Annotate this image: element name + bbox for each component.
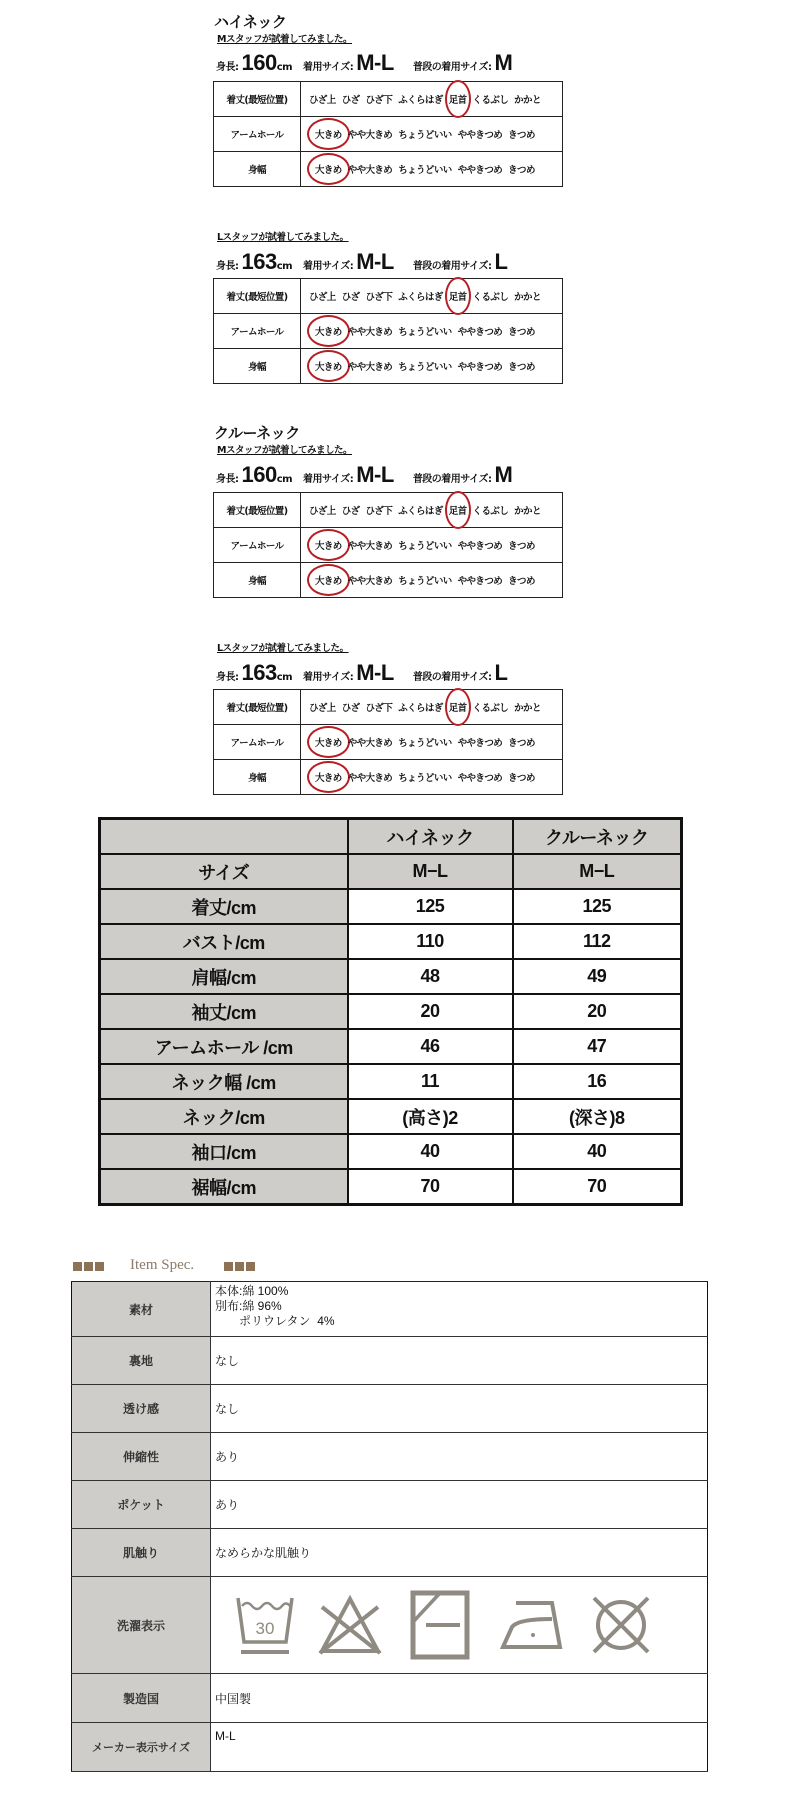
cell: 110: [348, 924, 513, 959]
fit-row-width: 身幅 大きめやや大きめちょうどいいややきつめきつめ: [214, 563, 563, 598]
material-line: 別布:綿 96%: [215, 1299, 707, 1314]
worn-size-value: M-L: [356, 50, 394, 75]
option: くるぶし: [473, 503, 509, 517]
wash-30-icon: 30: [235, 1590, 295, 1660]
worn-size-label: 着用サイズ:: [303, 474, 353, 485]
option: ひざ: [342, 700, 360, 714]
option: やや大きめ: [348, 770, 393, 784]
cell: 112: [513, 924, 682, 959]
spec-row-maker-size: メーカー表示サイズ M-L: [72, 1723, 708, 1772]
decor-squares-left: [73, 1256, 106, 1275]
table-row: 肩幅/cm 48 49: [100, 959, 682, 994]
option-selected: 大きめ: [315, 359, 342, 373]
option-selected: 大きめ: [315, 162, 342, 176]
option: かかと: [514, 92, 541, 106]
cell: 20: [513, 994, 682, 1029]
option: やや大きめ: [348, 162, 393, 176]
staff-subtitle: Lスタッフが試着してみました。: [217, 229, 377, 243]
table-row: 着丈/cm 125 125: [100, 889, 682, 924]
row-label: 袖口/cm: [100, 1134, 348, 1169]
table-row: 袖口/cm 40 40: [100, 1134, 682, 1169]
cell: M−L: [348, 854, 513, 889]
spec-value: 本体:綿 100% 別布:綿 96% ポリウレタン 4%: [211, 1282, 708, 1337]
fit-row-width: 身幅 大きめやや大きめちょうどいいややきつめきつめ: [214, 760, 563, 795]
row-label: 袖丈/cm: [100, 994, 348, 1029]
spec-label: メーカー表示サイズ: [72, 1723, 211, 1772]
no-bleach-icon: [318, 1593, 382, 1657]
cell: 40: [513, 1134, 682, 1169]
worn-size-value: M-L: [356, 462, 394, 487]
option: やや大きめ: [348, 359, 393, 373]
option: ひざ下: [366, 700, 393, 714]
height-value: 163: [241, 249, 276, 274]
fit-options: ひざ上ひざひざ下ふくらはぎ足首くるぶしかかと: [301, 279, 563, 314]
fit-row-label: 身幅: [214, 760, 301, 795]
fit-table: 着丈(最短位置) ひざ上ひざひざ下ふくらはぎ足首くるぶしかかと アームホール 大…: [213, 492, 563, 598]
option: きつめ: [508, 127, 535, 141]
option: ややきつめ: [458, 324, 503, 338]
spec-row-origin: 製造国 中国製: [72, 1674, 708, 1723]
staff-subtitle: Lスタッフが試着してみました。: [217, 640, 377, 654]
option: やや大きめ: [348, 573, 393, 587]
cell: 48: [348, 959, 513, 994]
fit-row-label: 着丈(最短位置): [214, 493, 301, 528]
height-unit: cm: [277, 672, 292, 683]
height-label: 身長:: [216, 474, 239, 485]
option: ひざ下: [366, 503, 393, 517]
header-highneck: ハイネック: [348, 819, 513, 855]
fit-row-armhole: アームホール 大きめやや大きめちょうどいいややきつめきつめ: [214, 314, 563, 349]
cell: 11: [348, 1064, 513, 1099]
spec-value: なし: [211, 1385, 708, 1433]
usual-size-value: L: [495, 660, 508, 685]
spec-label: 素材: [72, 1282, 211, 1337]
spec-row-texture: 肌触り なめらかな肌触り: [72, 1529, 708, 1577]
option: くるぶし: [473, 289, 509, 303]
fit-row-width: 身幅 大きめやや大きめちょうどいいややきつめきつめ: [214, 152, 563, 187]
option-selected: 大きめ: [315, 127, 342, 141]
option: ひざ: [342, 92, 360, 106]
table-row: 袖丈/cm 20 20: [100, 994, 682, 1029]
spec-row-stretch: 伸縮性 あり: [72, 1433, 708, 1481]
option: かかと: [514, 503, 541, 517]
option: きつめ: [508, 162, 535, 176]
fit-table: 着丈(最短位置) ひざ上ひざひざ下ふくらはぎ足首くるぶしかかと アームホール 大…: [213, 278, 563, 384]
fit-row-label: アームホール: [214, 725, 301, 760]
section-title: クルーネック: [214, 422, 300, 443]
option-selected: 足首: [449, 503, 467, 517]
usual-size-label: 普段の着用サイズ:: [413, 62, 492, 73]
fit-row-label: アームホール: [214, 528, 301, 563]
size-table: ハイネック クルーネック サイズ M−L M−L 着丈/cm 125 125 バ…: [98, 817, 683, 1206]
measure-line: 身長: 160cm 着用サイズ: M-L 普段の着用サイズ: M: [216, 462, 512, 488]
cell: (高さ)2: [348, 1099, 513, 1134]
worn-size-label: 着用サイズ:: [303, 672, 353, 683]
fit-options: 大きめやや大きめちょうどいいややきつめきつめ: [301, 117, 563, 152]
care-icon-row: 30: [211, 1577, 707, 1673]
option: ややきつめ: [458, 162, 503, 176]
height-label: 身長:: [216, 672, 239, 683]
option-selected: 大きめ: [315, 324, 342, 338]
usual-size-label: 普段の着用サイズ:: [413, 474, 492, 485]
option: ちょうどいい: [398, 735, 451, 749]
spec-value: あり: [211, 1433, 708, 1481]
usual-size-value: M: [495, 462, 513, 487]
option-selected: 足首: [449, 700, 467, 714]
measure-line: 身長: 163cm 着用サイズ: M-L 普段の着用サイズ: L: [216, 660, 507, 686]
worn-size-value: M-L: [356, 249, 394, 274]
cell: 46: [348, 1029, 513, 1064]
option: ひざ上: [309, 700, 336, 714]
cell: 125: [513, 889, 682, 924]
usual-size-label: 普段の着用サイズ:: [413, 261, 492, 272]
fit-row-label: 身幅: [214, 349, 301, 384]
table-row: アームホール /cm 46 47: [100, 1029, 682, 1064]
fit-row-label: 着丈(最短位置): [214, 279, 301, 314]
usual-size-value: L: [495, 249, 508, 274]
fit-row-armhole: アームホール 大きめやや大きめちょうどいいややきつめきつめ: [214, 117, 563, 152]
spec-value: 中国製: [211, 1674, 708, 1723]
option: ややきつめ: [458, 359, 503, 373]
worn-size-label: 着用サイズ:: [303, 62, 353, 73]
care-icons: 30: [211, 1577, 708, 1674]
cell: 125: [348, 889, 513, 924]
line-dry-shade-icon: [410, 1590, 470, 1660]
option: ややきつめ: [458, 770, 503, 784]
height-value: 160: [241, 50, 276, 75]
row-label: 裾幅/cm: [100, 1169, 348, 1205]
spec-label: ポケット: [72, 1481, 211, 1529]
option: やや大きめ: [348, 538, 393, 552]
option-selected: 大きめ: [315, 538, 342, 552]
option: くるぶし: [473, 700, 509, 714]
option: ちょうどいい: [398, 127, 451, 141]
material-line: 本体:綿 100%: [215, 1284, 707, 1299]
fit-options: 大きめやや大きめちょうどいいややきつめきつめ: [301, 528, 563, 563]
item-spec-header: Item Spec.: [73, 1258, 257, 1272]
size-row: サイズ M−L M−L: [100, 854, 682, 889]
material-line: ポリウレタン 4%: [215, 1314, 707, 1329]
fit-row-length: 着丈(最短位置) ひざ上ひざひざ下ふくらはぎ足首くるぶしかかと: [214, 82, 563, 117]
section-title: ハイネック: [214, 11, 286, 32]
option: やや大きめ: [348, 127, 393, 141]
option: きつめ: [508, 735, 535, 749]
header-corner: [100, 819, 348, 855]
option: ややきつめ: [458, 127, 503, 141]
spec-value: M-L: [211, 1723, 708, 1772]
fit-row-label: アームホール: [214, 117, 301, 152]
option: かかと: [514, 700, 541, 714]
option: ひざ上: [309, 92, 336, 106]
fit-row-length: 着丈(最短位置) ひざ上ひざひざ下ふくらはぎ足首くるぶしかかと: [214, 690, 563, 725]
spec-row-material: 素材 本体:綿 100% 別布:綿 96% ポリウレタン 4%: [72, 1282, 708, 1337]
height-unit: cm: [277, 261, 292, 272]
header-crewneck: クルーネック: [513, 819, 682, 855]
fit-row-label: アームホール: [214, 314, 301, 349]
option: ひざ上: [309, 289, 336, 303]
fit-row-length: 着丈(最短位置) ひざ上ひざひざ下ふくらはぎ足首くるぶしかかと: [214, 493, 563, 528]
table-row: バスト/cm 110 112: [100, 924, 682, 959]
fit-row-armhole: アームホール 大きめやや大きめちょうどいいややきつめきつめ: [214, 725, 563, 760]
option: ふくらはぎ: [398, 503, 443, 517]
cell: (深さ)8: [513, 1099, 682, 1134]
spec-label: 洗濯表示: [72, 1577, 211, 1674]
cell: 70: [348, 1169, 513, 1205]
fit-options: 大きめやや大きめちょうどいいややきつめきつめ: [301, 152, 563, 187]
fit-row-armhole: アームホール 大きめやや大きめちょうどいいややきつめきつめ: [214, 528, 563, 563]
height-label: 身長:: [216, 261, 239, 272]
staff-subtitle: Mスタッフが試着してみました。: [217, 31, 380, 45]
fit-row-label: 身幅: [214, 152, 301, 187]
height-value: 160: [241, 462, 276, 487]
spec-label: 裏地: [72, 1337, 211, 1385]
option: ひざ下: [366, 289, 393, 303]
cell: 70: [513, 1169, 682, 1205]
option: ちょうどいい: [398, 770, 451, 784]
spec-row-lining: 裏地 なし: [72, 1337, 708, 1385]
row-label: バスト/cm: [100, 924, 348, 959]
option: ややきつめ: [458, 538, 503, 552]
option: くるぶし: [473, 92, 509, 106]
option: きつめ: [508, 770, 535, 784]
option: きつめ: [508, 324, 535, 338]
cell: M−L: [513, 854, 682, 889]
row-label: ネック幅 /cm: [100, 1064, 348, 1099]
fit-row-label: 着丈(最短位置): [214, 690, 301, 725]
cell: 49: [513, 959, 682, 994]
spec-label: 製造国: [72, 1674, 211, 1723]
row-label: 着丈/cm: [100, 889, 348, 924]
staff-subtitle: Mスタッフが試着してみました。: [217, 442, 380, 456]
option: ちょうどいい: [398, 538, 451, 552]
spec-value: あり: [211, 1481, 708, 1529]
spec-value: なめらかな肌触り: [211, 1529, 708, 1577]
spec-row-sheerness: 透け感 なし: [72, 1385, 708, 1433]
option: ふくらはぎ: [398, 92, 443, 106]
fit-row-width: 身幅 大きめやや大きめちょうどいいややきつめきつめ: [214, 349, 563, 384]
option-selected: 大きめ: [315, 735, 342, 749]
fit-options: 大きめやや大きめちょうどいいややきつめきつめ: [301, 760, 563, 795]
cell: 20: [348, 994, 513, 1029]
fit-options: ひざ上ひざひざ下ふくらはぎ足首くるぶしかかと: [301, 690, 563, 725]
option: ひざ: [342, 503, 360, 517]
option: かかと: [514, 289, 541, 303]
cell: 40: [348, 1134, 513, 1169]
spec-row-pocket: ポケット あり: [72, 1481, 708, 1529]
spec-row-care: 洗濯表示 30: [72, 1577, 708, 1674]
row-label: サイズ: [100, 854, 348, 889]
option: ややきつめ: [458, 735, 503, 749]
option-selected: 大きめ: [315, 770, 342, 784]
item-spec-title: Item Spec.: [130, 1257, 194, 1274]
option: ひざ上: [309, 503, 336, 517]
option: ちょうどいい: [398, 573, 451, 587]
fit-row-label: 着丈(最短位置): [214, 82, 301, 117]
row-label: 肩幅/cm: [100, 959, 348, 994]
spec-label: 肌触り: [72, 1529, 211, 1577]
fit-options: 大きめやや大きめちょうどいいややきつめきつめ: [301, 349, 563, 384]
fit-table: 着丈(最短位置) ひざ上ひざひざ下ふくらはぎ足首くるぶしかかと アームホール 大…: [213, 81, 563, 187]
option: ふくらはぎ: [398, 700, 443, 714]
spec-label: 伸縮性: [72, 1433, 211, 1481]
fit-options: ひざ上ひざひざ下ふくらはぎ足首くるぶしかかと: [301, 82, 563, 117]
usual-size-label: 普段の着用サイズ:: [413, 672, 492, 683]
option: やや大きめ: [348, 735, 393, 749]
option: ひざ下: [366, 92, 393, 106]
worn-size-value: M-L: [356, 660, 394, 685]
option: きつめ: [508, 573, 535, 587]
measure-line: 身長: 163cm 着用サイズ: M-L 普段の着用サイズ: L: [216, 249, 507, 275]
row-label: ネック/cm: [100, 1099, 348, 1134]
option: ちょうどいい: [398, 359, 451, 373]
option-selected: 大きめ: [315, 573, 342, 587]
option-selected: 足首: [449, 92, 467, 106]
cell: 47: [513, 1029, 682, 1064]
worn-size-label: 着用サイズ:: [303, 261, 353, 272]
option: ちょうどいい: [398, 162, 451, 176]
height-label: 身長:: [216, 62, 239, 73]
spec-label: 透け感: [72, 1385, 211, 1433]
svg-text:30: 30: [256, 1619, 275, 1638]
fit-table: 着丈(最短位置) ひざ上ひざひざ下ふくらはぎ足首くるぶしかかと アームホール 大…: [213, 689, 563, 795]
fit-row-label: 身幅: [214, 563, 301, 598]
size-table-header: ハイネック クルーネック: [100, 819, 682, 855]
option: ちょうどいい: [398, 324, 451, 338]
option: きつめ: [508, 359, 535, 373]
option: きつめ: [508, 538, 535, 552]
measure-line: 身長: 160cm 着用サイズ: M-L 普段の着用サイズ: M: [216, 50, 512, 76]
fit-row-length: 着丈(最短位置) ひざ上ひざひざ下ふくらはぎ足首くるぶしかかと: [214, 279, 563, 314]
fit-options: 大きめやや大きめちょうどいいややきつめきつめ: [301, 563, 563, 598]
option: ふくらはぎ: [398, 289, 443, 303]
table-row: ネック/cm (高さ)2 (深さ)8: [100, 1099, 682, 1134]
option: ひざ: [342, 289, 360, 303]
spec-value: なし: [211, 1337, 708, 1385]
fit-options: ひざ上ひざひざ下ふくらはぎ足首くるぶしかかと: [301, 493, 563, 528]
option: やや大きめ: [348, 324, 393, 338]
row-label: アームホール /cm: [100, 1029, 348, 1064]
item-spec-table: 素材 本体:綿 100% 別布:綿 96% ポリウレタン 4% 裏地 なし 透け…: [71, 1281, 708, 1772]
fit-options: 大きめやや大きめちょうどいいややきつめきつめ: [301, 725, 563, 760]
height-unit: cm: [277, 474, 292, 485]
height-value: 163: [241, 660, 276, 685]
no-tumble-dry-icon: [590, 1594, 652, 1656]
option: ややきつめ: [458, 573, 503, 587]
height-unit: cm: [277, 62, 292, 73]
usual-size-value: M: [495, 50, 513, 75]
table-row: ネック幅 /cm 11 16: [100, 1064, 682, 1099]
option-selected: 足首: [449, 289, 467, 303]
decor-squares-right: [224, 1256, 257, 1275]
fit-options: 大きめやや大きめちょうどいいややきつめきつめ: [301, 314, 563, 349]
iron-low-icon: [500, 1597, 564, 1653]
cell: 16: [513, 1064, 682, 1099]
table-row: 裾幅/cm 70 70: [100, 1169, 682, 1205]
